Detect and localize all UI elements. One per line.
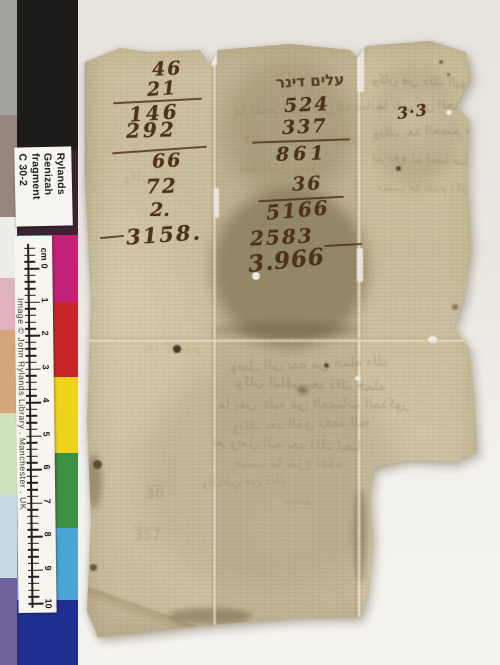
ruler-tick-minor xyxy=(28,542,39,544)
ruler-tick-minor xyxy=(24,248,35,250)
ruler-number-8: 8 xyxy=(43,532,53,537)
ruler-tick-minor xyxy=(26,415,37,417)
ruler-tick-minor xyxy=(28,563,39,565)
label-line-2: Genizah xyxy=(41,153,54,200)
ruler-tick-minor xyxy=(26,395,37,397)
ruler-tick-minor xyxy=(24,274,35,276)
ruler-number-2: 2 xyxy=(40,331,50,336)
ruler-tick-major xyxy=(25,335,40,337)
ruler-tick-minor xyxy=(25,341,36,343)
ruler-number-4: 4 xyxy=(41,398,51,403)
manuscript-fragment: وكان في ذلك اليومما بقي من الحساب لهوذلك… xyxy=(84,40,480,640)
ruler-tick-major xyxy=(25,301,40,303)
shelfmark-label-card: Rylands Genizah fragment C 30-2 xyxy=(14,146,73,226)
ruler-tick-minor xyxy=(28,556,39,558)
ruler-tick-major xyxy=(26,402,41,404)
calibration-patch-gray xyxy=(0,0,17,115)
ruler-tick-minor xyxy=(28,522,39,524)
ruler-number-7: 7 xyxy=(42,498,52,503)
ruler-tick-minor xyxy=(26,422,37,424)
ruler-tick-minor xyxy=(25,315,36,317)
calibration-patch-pale-green xyxy=(0,413,17,495)
ruler-tick-minor xyxy=(28,589,39,591)
calibration-patch-pale-blue xyxy=(0,495,17,578)
ruler-number-0: 0 xyxy=(39,264,49,269)
manuscript-fragment-wrap: وكان في ذلك اليومما بقي من الحساب لهوذلك… xyxy=(84,40,480,640)
ruler-unit-label: cm xyxy=(39,248,49,261)
calibration-patch-black xyxy=(17,0,78,150)
ruler-tick-minor xyxy=(26,362,37,364)
ruler-tick-minor xyxy=(27,509,38,511)
ruler-tick-minor xyxy=(25,348,36,350)
ruler-baseline xyxy=(27,244,33,608)
ruler-tick-minor xyxy=(25,355,36,357)
ruler-tick-minor xyxy=(27,442,38,444)
ruler-tick-major xyxy=(26,435,41,437)
ruler-tick-major xyxy=(28,603,43,605)
label-line-3: fragment xyxy=(29,153,42,200)
shelfmark-label-text: Rylands Genizah fragment C 30-2 xyxy=(16,153,67,201)
ruler-tick-minor xyxy=(25,281,36,283)
color-calibration-bar: Rylands Genizah fragment C 30-2 cm Image… xyxy=(0,0,78,665)
ruler-tick-minor xyxy=(25,321,36,323)
ruler-tick-minor xyxy=(25,295,36,297)
ruler-tick-major xyxy=(26,368,41,370)
label-line-4: C 30-2 xyxy=(16,153,29,200)
ruler-tick-minor xyxy=(24,254,35,256)
ruler-tick-minor xyxy=(27,516,38,518)
paper-texture xyxy=(84,40,480,640)
ruler-tick-minor xyxy=(28,583,39,585)
ruler-tick-minor xyxy=(26,375,37,377)
ruler-tick-major xyxy=(28,536,43,538)
ruler-tick-major xyxy=(27,469,42,471)
ruler-tick-minor xyxy=(25,308,36,310)
ruler-tick-minor xyxy=(26,388,37,390)
ruler-copyright-text: Image © John Rylands Library . Mancheste… xyxy=(16,298,29,510)
ruler-number-1: 1 xyxy=(40,297,50,302)
ruler-number-9: 9 xyxy=(43,565,53,570)
calibration-patch-violet xyxy=(0,578,17,665)
ruler-tick-minor xyxy=(27,489,38,491)
ruler-tick-minor xyxy=(27,462,38,464)
ruler-tick-minor xyxy=(28,549,39,551)
ruler-tick-minor xyxy=(28,596,39,598)
cm-ruler: cm Image © John Rylands Library . Manche… xyxy=(14,236,57,613)
ruler-tick-minor xyxy=(24,261,35,263)
ruler-number-10: 10 xyxy=(43,599,53,609)
ruler-tick-minor xyxy=(28,529,39,531)
ruler-tick-minor xyxy=(27,475,38,477)
ruler-tick-major xyxy=(28,569,43,571)
ruler-tick-minor xyxy=(27,455,38,457)
ruler-tick-minor xyxy=(27,496,38,498)
ruler-number-6: 6 xyxy=(42,465,52,470)
digitized-manuscript-photo: Rylands Genizah fragment C 30-2 cm Image… xyxy=(0,0,500,665)
ruler-tick-minor xyxy=(27,482,38,484)
ruler-tick-minor xyxy=(25,328,36,330)
ruler-tick-minor xyxy=(28,576,39,578)
ruler-tick-minor xyxy=(26,408,37,410)
ruler-tick-minor xyxy=(26,382,37,384)
ruler-number-3: 3 xyxy=(41,364,51,369)
ruler-tick-minor xyxy=(27,449,38,451)
label-line-1: Rylands xyxy=(54,153,67,200)
ruler-tick-minor xyxy=(26,429,37,431)
ruler-tick-major xyxy=(24,268,39,270)
ruler-tick-minor xyxy=(25,288,36,290)
ruler-tick-major xyxy=(27,502,42,504)
ruler-number-5: 5 xyxy=(41,431,51,436)
